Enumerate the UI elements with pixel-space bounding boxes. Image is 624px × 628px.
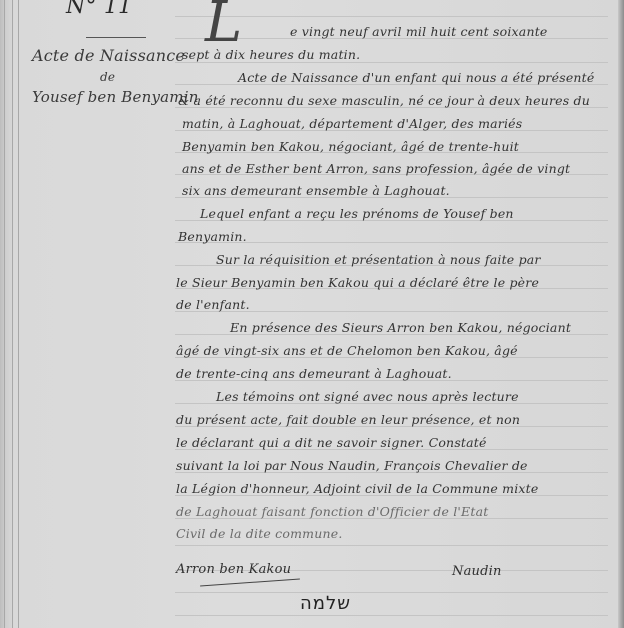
text-line: le déclarant qui a dit ne savoir signer.… [176,435,487,450]
margin-child-name: Yousef ben Benyamin [32,88,199,106]
number-underline [86,37,146,38]
text-line: de Laghouat faisant fonction d'Officier … [176,504,488,519]
text-line: Les témoins ont signé avec nous après le… [216,389,519,404]
text-line: sept à dix heures du matin. [182,47,360,62]
text-line: matin, à Laghouat, département d'Alger, … [182,116,522,131]
register-page: N° 11 Acte de Naissance de Yousef ben Be… [0,0,624,628]
text-line: En présence des Sieurs Arron ben Kakou, … [230,320,571,335]
binding-line [18,0,19,628]
signature-flourish [200,579,300,587]
witness-signature: Arron ben Kakou [176,562,291,577]
text-line: suivant la loi par Nous Naudin, François… [176,458,528,473]
text-line: Benyamin. [178,229,247,244]
binding-line [4,0,5,628]
text-line: & a été reconnu du sexe masculin, né ce … [178,93,590,108]
text-line: de trente-cinq ans demeurant à Laghouat. [176,366,452,381]
binding-line [12,0,13,628]
hebrew-signature: שלמה [300,593,351,614]
text-line: ans et de Esther bent Arron, sans profes… [182,161,570,176]
text-line: Civil de la dite commune. [176,526,343,541]
text-line: de l'enfant. [176,297,250,312]
officer-signature: Naudin [452,564,502,579]
text-line: le Sieur Benyamin ben Kakou qui a déclar… [176,275,539,290]
text-line: la Légion d'honneur, Adjoint civil de la… [176,481,538,496]
text-line: âgé de vingt-six ans et de Chelomon ben … [176,343,518,358]
text-line: du présent acte, fait double en leur pré… [176,412,520,427]
text-line: e vingt neuf avril mil huit cent soixant… [290,24,548,39]
margin-title-de: de [100,70,115,84]
text-line: Benyamin ben Kakou, négociant, âgé de tr… [182,139,519,154]
text-line: Acte de Naissance d'un enfant qui nous a… [238,70,595,85]
text-line: Sur la réquisition et présentation à nou… [216,252,541,267]
margin-title: Acte de Naissance [32,46,185,65]
text-line: Lequel enfant a reçu les prénoms de Yous… [200,206,514,221]
page-edge [618,0,624,628]
entry-number: N° 11 [66,0,132,19]
text-line: six ans demeurant ensemble à Laghouat. [182,183,450,198]
